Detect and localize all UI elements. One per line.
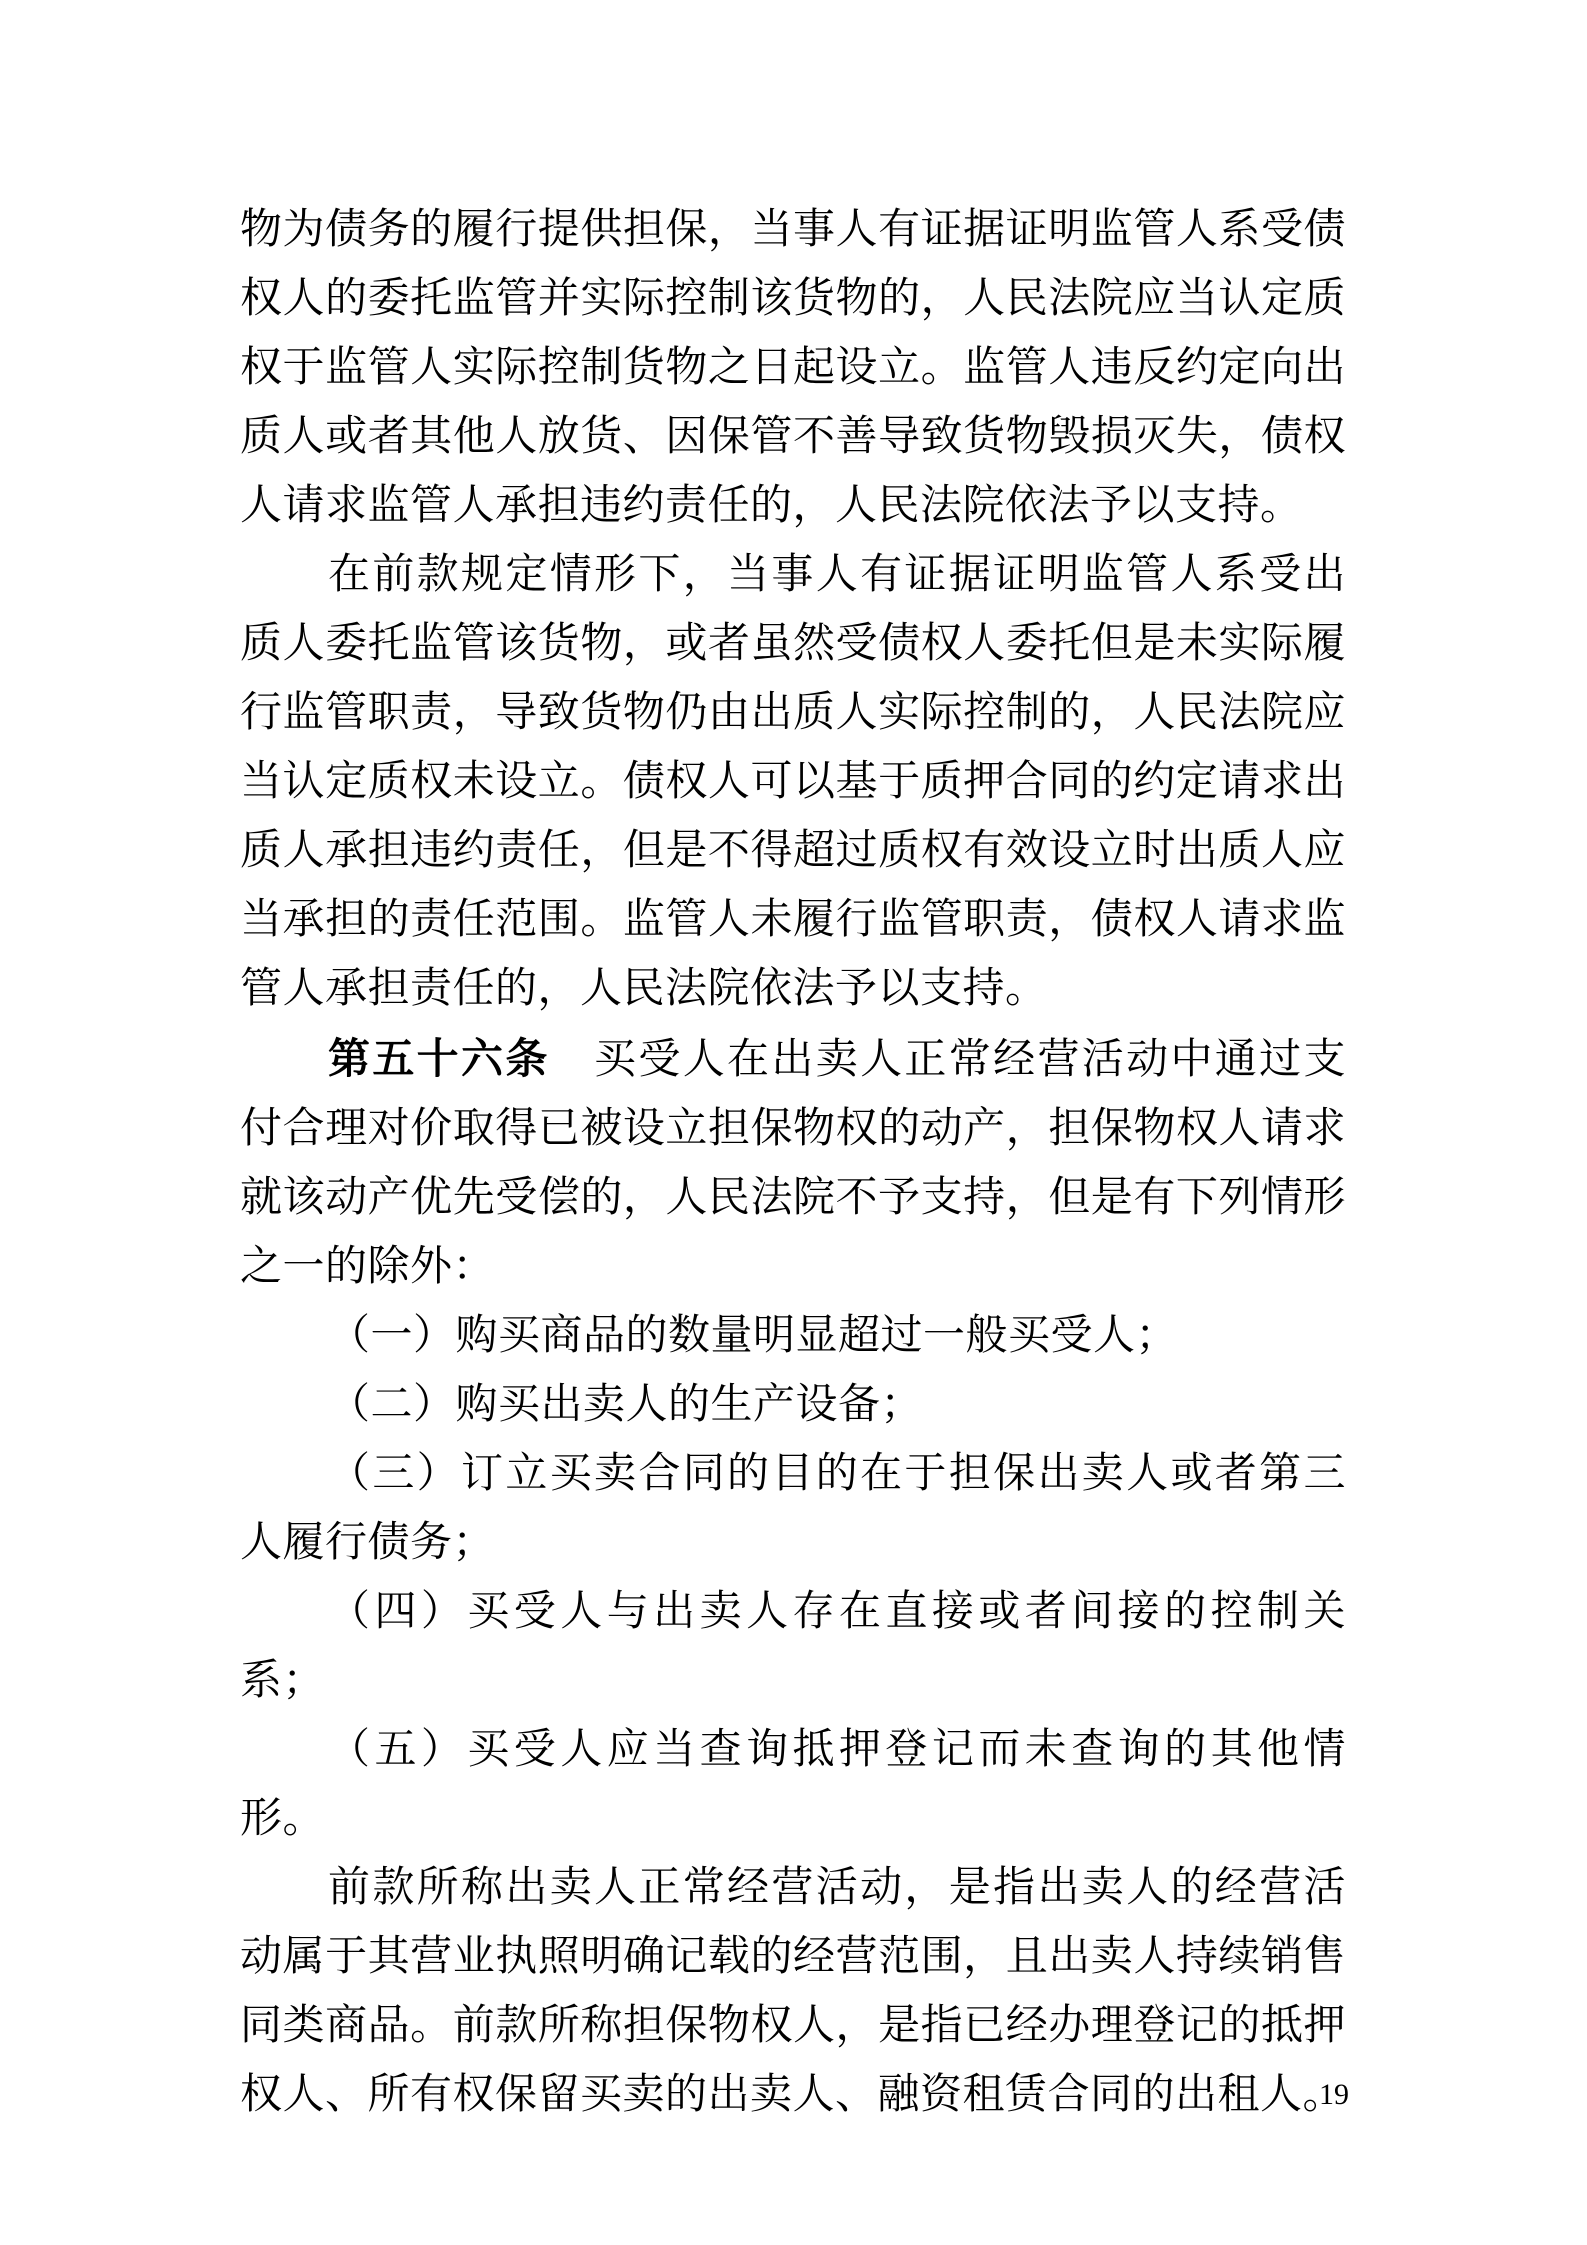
document-body-text: 物为债务的履行提供担保，当事人有证据证明监管人系受债权人的委托监管并实际控制该货… — [240, 196, 1346, 2130]
page-number: 19 — [1319, 2078, 1349, 2112]
paragraph-text: 物为债务的履行提供担保，当事人有证据证明监管人系受债权人的委托监管并实际控制该货… — [240, 207, 1346, 529]
paragraph-article-56-definitions: 前款所称出卖人正常经营活动，是指出卖人的经营活动属于其营业执照明确记载的经营范围… — [240, 1854, 1346, 2130]
article-56-item-5: （五）买受人应当查询抵押登记而未查询的其他情形。 — [240, 1716, 1346, 1854]
paragraph-pledge-supervision-1: 物为债务的履行提供担保，当事人有证据证明监管人系受债权人的委托监管并实际控制该货… — [240, 196, 1346, 541]
article-56-item-3: （三）订立买卖合同的目的在于担保出卖人或者第三人履行债务； — [240, 1440, 1346, 1578]
paragraph-text: 在前款规定情形下，当事人有证据证明监管人系受出质人委托监管该货物，或者虽然受债权… — [240, 552, 1346, 1012]
paragraph-pledge-supervision-2: 在前款规定情形下，当事人有证据证明监管人系受出质人委托监管该货物，或者虽然受债权… — [240, 541, 1346, 1024]
list-item-text: （二）购买出卖人的生产设备； — [328, 1382, 923, 1428]
paragraph-article-56: 第五十六条 买受人在出卖人正常经营活动中通过支付合理对价取得已被设立担保物权的动… — [240, 1024, 1346, 1302]
article-56-item-4: （四）买受人与出卖人存在直接或者间接的控制关系； — [240, 1578, 1346, 1716]
list-item-text: （四）买受人与出卖人存在直接或者间接的控制关系； — [240, 1589, 1346, 1704]
list-item-text: （三）订立买卖合同的目的在于担保出卖人或者第三人履行债务； — [240, 1451, 1346, 1566]
article-56-item-1: （一）购买商品的数量明显超过一般买受人； — [240, 1302, 1346, 1371]
article-56-item-2: （二）购买出卖人的生产设备； — [240, 1371, 1346, 1440]
document-page: 物为债务的履行提供担保，当事人有证据证明监管人系受债权人的委托监管并实际控制该货… — [0, 0, 1587, 2245]
list-item-text: （五）买受人应当查询抵押登记而未查询的其他情形。 — [240, 1727, 1346, 1842]
list-item-text: （一）购买商品的数量明显超过一般买受人； — [328, 1313, 1178, 1359]
paragraph-text: 前款所称出卖人正常经营活动，是指出卖人的经营活动属于其营业执照明确记载的经营范围… — [240, 1865, 1346, 2118]
article-56-number: 第五十六条 — [328, 1035, 550, 1082]
